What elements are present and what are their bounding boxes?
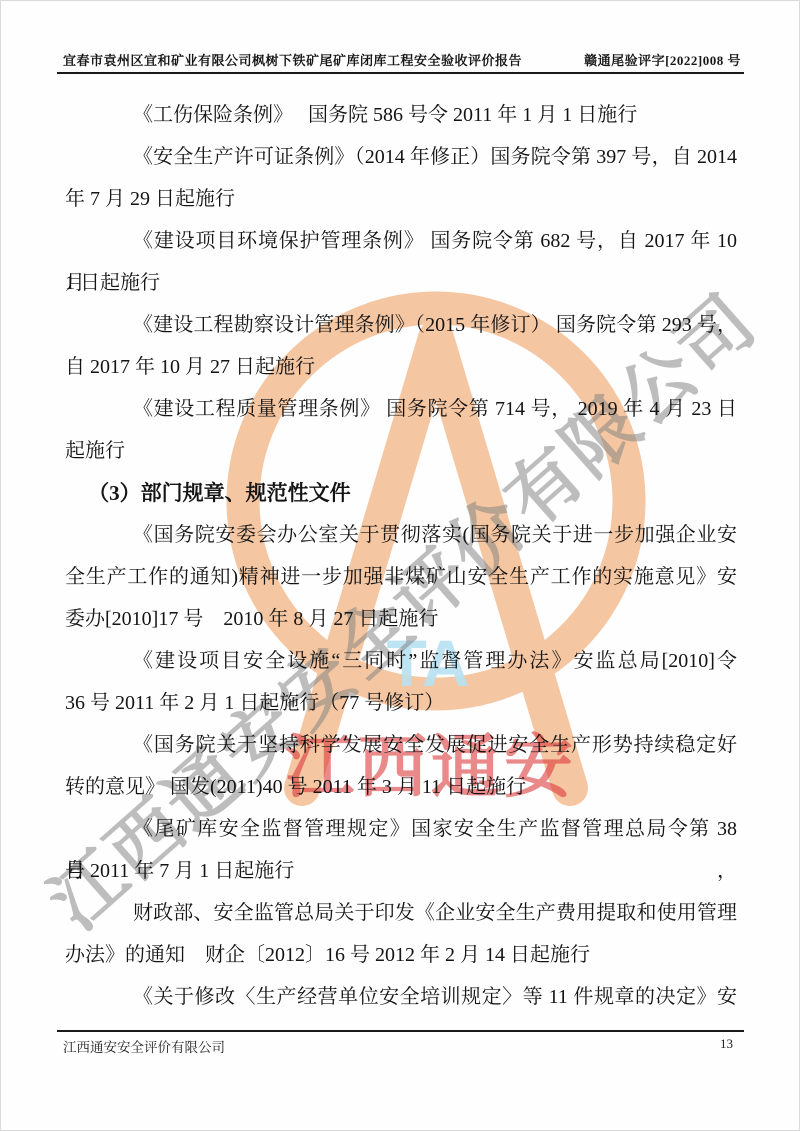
body-line: 《建设工程勘察设计管理条例》（2015 年修订） 国务院令第 293 号， xyxy=(65,304,737,346)
body-line: 《建设工程质量管理条例》 国务院令第 714 号， 2019 年 4 月 23 … xyxy=(65,388,737,430)
footer-rule xyxy=(57,1030,744,1032)
body-line: 《工伤保险条例》 国务院 586 号令 2011 年 1 月 1 日施行 xyxy=(65,94,737,136)
footer-company: 江西通安安全评价有限公司 xyxy=(63,1036,225,1056)
body-line: 《尾矿库安全监督管理规定》国家安全生产监督管理总局令第 38 号， xyxy=(65,808,737,850)
body-line: 转的意见》 国发(2011)40 号 2011 年 3 月 11 日起施行 xyxy=(65,766,737,808)
body-line: 年 7 月 29 日起施行 xyxy=(65,178,737,220)
page-footer: 江西通安安全评价有限公司 13 xyxy=(63,1036,733,1056)
page-header: 宜春市袁州区宜和矿业有限公司枫树下铁矿尾矿库闭库工程安全验收评价报告 赣通尾验评… xyxy=(63,50,741,69)
document-page: TA 江西通安安全评价有限公司 江西通安 宜春市袁州区宜和矿业有限公司枫树下铁矿… xyxy=(0,0,800,1131)
body-line: 《国务院安委会办公室关于贯彻落实(国务院关于进一步加强企业安 xyxy=(65,514,737,556)
section-heading: （3）部门规章、规范性文件 xyxy=(65,472,737,514)
header-document-code: 赣通尾验评字[2022]008 号 xyxy=(584,50,741,69)
body-line: 《国务院关于坚持科学发展安全发展促进安全生产形势持续稳定好 xyxy=(65,724,737,766)
body-line: 《建设项目安全设施“三同时”监督管理办法》安监总局[2010]令 xyxy=(65,640,737,682)
body-line: 起施行 xyxy=(65,430,737,472)
body-line: 委办[2010]17 号 2010 年 8 月 27 日起施行 xyxy=(65,598,737,640)
body-line: 办法》的通知 财企〔2012〕16 号 2012 年 2 月 14 日起施行 xyxy=(65,934,737,976)
body-line: 36 号 2011 年 2 月 1 日起施行（77 号修订） xyxy=(65,682,737,724)
body-line: 全生产工作的通知)精神进一步加强非煤矿山安全生产工作的实施意见》安 xyxy=(65,556,737,598)
header-rule xyxy=(57,72,744,74)
body-line: 1 日起施行 xyxy=(65,262,737,304)
body-line: 自 2017 年 10 月 27 日起施行 xyxy=(65,346,737,388)
body-line: 《安全生产许可证条例》（2014 年修正）国务院令第 397 号，自 2014 xyxy=(65,136,737,178)
body-text: 《工伤保险条例》 国务院 586 号令 2011 年 1 月 1 日施行 《安全… xyxy=(65,94,737,1018)
header-report-title: 宜春市袁州区宜和矿业有限公司枫树下铁矿尾矿库闭库工程安全验收评价报告 xyxy=(63,50,522,69)
body-line: 《关于修改〈生产经营单位安全培训规定〉等 11 件规章的决定》安 xyxy=(65,976,737,1018)
page-number: 13 xyxy=(720,1036,733,1056)
body-line: 财政部、安全监管总局关于印发《企业安全生产费用提取和使用管理 xyxy=(65,892,737,934)
body-line: 《建设项目环境保护管理条例》 国务院令第 682 号，自 2017 年 10 月 xyxy=(65,220,737,262)
